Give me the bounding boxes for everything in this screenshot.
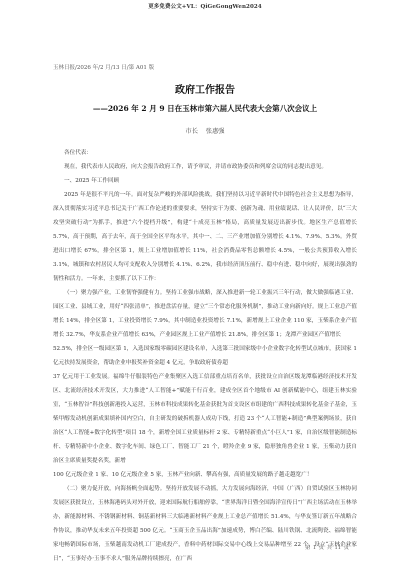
paragraph-opening-up: （二）聚力促开放，向海扬帆全面起势。坚持开放发展不动摇，大力发展向海经济，中国（… — [53, 482, 357, 566]
paragraph-industry: （一）聚力强产业，工业韧脊强健有力。坚持工业强市战略，深入推进新一轮工业振兴三年… — [53, 286, 357, 342]
watermark-text: 更多免费公文+VL：QiGeGongWen2024 — [0, 2, 410, 10]
paragraph-industry-cont-2: 37 亿元用于工业发展。福绵牛仔服装特色产业集聚区入选工信部重点培育名单，获批设… — [53, 370, 357, 468]
source-line: 玉林日报/2026 年/2 月/13 日/第 A01 版 — [53, 63, 154, 71]
paragraph-industry-cont-3: 100 亿元级企业 1 家、10 亿元级企业 5 家，玉林产业向新、攀高有强，高… — [53, 468, 357, 482]
paragraph-industry-cont-1: 52.5%，排全区一级园区第 1，入选国家级零碳园区建设名单，入选第三批国家级中… — [53, 342, 357, 370]
paragraph-overview: 2025 年是很不平凡的一年。面对复杂严峻的外部风险挑战，我们坚持以习近平新时代… — [53, 188, 357, 286]
document-body: 各位代表： 现在，我代表市人民政府，向大会报告政府工作，请予审议，并请市政协委员… — [53, 146, 357, 566]
document-author: 市长 张惠强 — [0, 126, 410, 135]
paragraph-intro: 现在，我代表市人民政府，向大会报告政府工作，请予审议，并请市政协委员和列席会议的… — [53, 160, 357, 174]
document-subtitle: ——2026 年 2 月 9 日在玉林市第六届人民代表大会第八次会议上 — [0, 103, 410, 114]
section-heading: 一、2025 年工作回顾 — [53, 174, 357, 188]
page-indicator: 第 1 页 共 11 页 — [305, 544, 349, 551]
paragraph-salutation: 各位代表： — [53, 146, 357, 160]
document-title: 政府工作报告 — [0, 81, 410, 96]
